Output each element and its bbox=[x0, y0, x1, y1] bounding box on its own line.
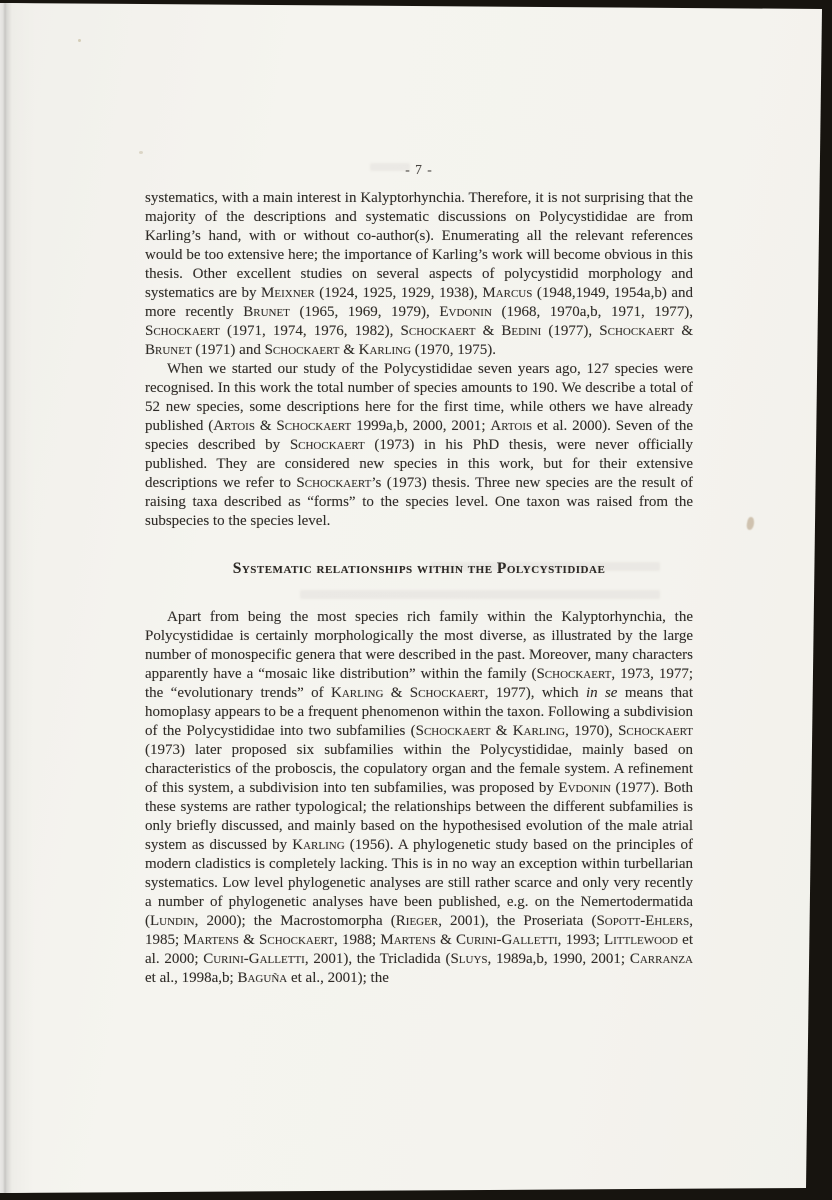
scan-speck bbox=[78, 39, 81, 42]
author-citation: Schockaert bbox=[618, 723, 693, 739]
text-run: (1968, 1970a,b, 1971, 1977), bbox=[492, 304, 693, 320]
text-run: , 1993; bbox=[558, 932, 604, 948]
author-citation: Sluys bbox=[450, 951, 487, 967]
text-run: (1977), bbox=[541, 323, 599, 339]
page-content: - 7 - systematics, with a main interest … bbox=[145, 160, 693, 988]
author-citation: Baguña bbox=[237, 970, 287, 986]
paragraph: When we started our study of the Polycys… bbox=[145, 360, 693, 531]
author-citation: Schockaert bbox=[536, 666, 611, 682]
scanned-page: - 7 - systematics, with a main interest … bbox=[0, 0, 832, 1200]
text-run: , 2001), the Tricladida ( bbox=[305, 951, 451, 967]
author-citation: Brunet bbox=[243, 304, 290, 320]
author-citation: Schockaert bbox=[145, 323, 220, 339]
author-citation: Curini-Galletti bbox=[203, 951, 305, 967]
author-citation: Karling & Schockaert bbox=[331, 685, 485, 701]
page-number: - 7 - bbox=[145, 160, 693, 179]
author-citation: Lundin bbox=[150, 913, 195, 929]
text-run: in se bbox=[586, 685, 618, 701]
author-citation: Schockaert bbox=[290, 437, 365, 453]
author-citation: Meixner bbox=[261, 285, 315, 301]
author-citation: Schockaert & Karling bbox=[265, 342, 411, 358]
paper: - 7 - systematics, with a main interest … bbox=[0, 0, 832, 1200]
text-run: , 1977), which bbox=[485, 685, 586, 701]
author-citation: Marcus bbox=[482, 285, 532, 301]
text-run: (1971, 1974, 1976, 1982), bbox=[220, 323, 401, 339]
body-text: systematics, with a main interest in Kal… bbox=[145, 189, 693, 988]
text-run: , 2000); the Macrostomorpha ( bbox=[195, 913, 396, 929]
paragraph: systematics, with a main interest in Kal… bbox=[145, 189, 693, 360]
author-citation: Martens & Curini-Galletti bbox=[380, 932, 557, 948]
author-citation: Sopott-Ehlers bbox=[596, 913, 689, 929]
author-citation: Rieger bbox=[396, 913, 438, 929]
text-run: , 1988; bbox=[334, 932, 380, 948]
text-run: 1999a,b, 2000, 2001; bbox=[351, 418, 490, 434]
author-citation: Littlewood bbox=[604, 932, 678, 948]
author-citation: Schockaert & Bedini bbox=[401, 323, 542, 339]
text-run: (1971) and bbox=[192, 342, 265, 358]
author-citation: Artois bbox=[490, 418, 532, 434]
text-run: (1970, 1975). bbox=[411, 342, 496, 358]
text-run: , 2001), the Proseriata ( bbox=[438, 913, 596, 929]
gutter-shadow bbox=[0, 0, 34, 1200]
text-run: et al., 1998a,b; bbox=[145, 970, 237, 986]
text-run: , 1970), bbox=[565, 723, 618, 739]
author-citation: Artois & Schockaert bbox=[213, 418, 351, 434]
text-run: , 1989a,b, 1990, 2001; bbox=[488, 951, 630, 967]
author-citation: Karling bbox=[292, 837, 344, 853]
author-citation: Martens & Schockaert bbox=[183, 932, 334, 948]
paragraph: Apart from being the most species rich f… bbox=[145, 608, 693, 988]
scan-speck bbox=[139, 151, 143, 154]
author-citation: Evdonin bbox=[558, 780, 611, 796]
text-run: (1965, 1969, 1979), bbox=[290, 304, 439, 320]
margin-stain bbox=[746, 516, 756, 530]
author-citation: Schockaert bbox=[296, 475, 371, 491]
section-heading: Systematic relationships within the Poly… bbox=[145, 559, 693, 578]
text-run: (1924, 1925, 1929, 1938), bbox=[315, 285, 483, 301]
author-citation: Schockaert & Karling bbox=[416, 723, 565, 739]
author-citation: Evdonin bbox=[439, 304, 492, 320]
text-run: et al., 2001); the bbox=[287, 970, 389, 986]
author-citation: Carranza bbox=[630, 951, 693, 967]
